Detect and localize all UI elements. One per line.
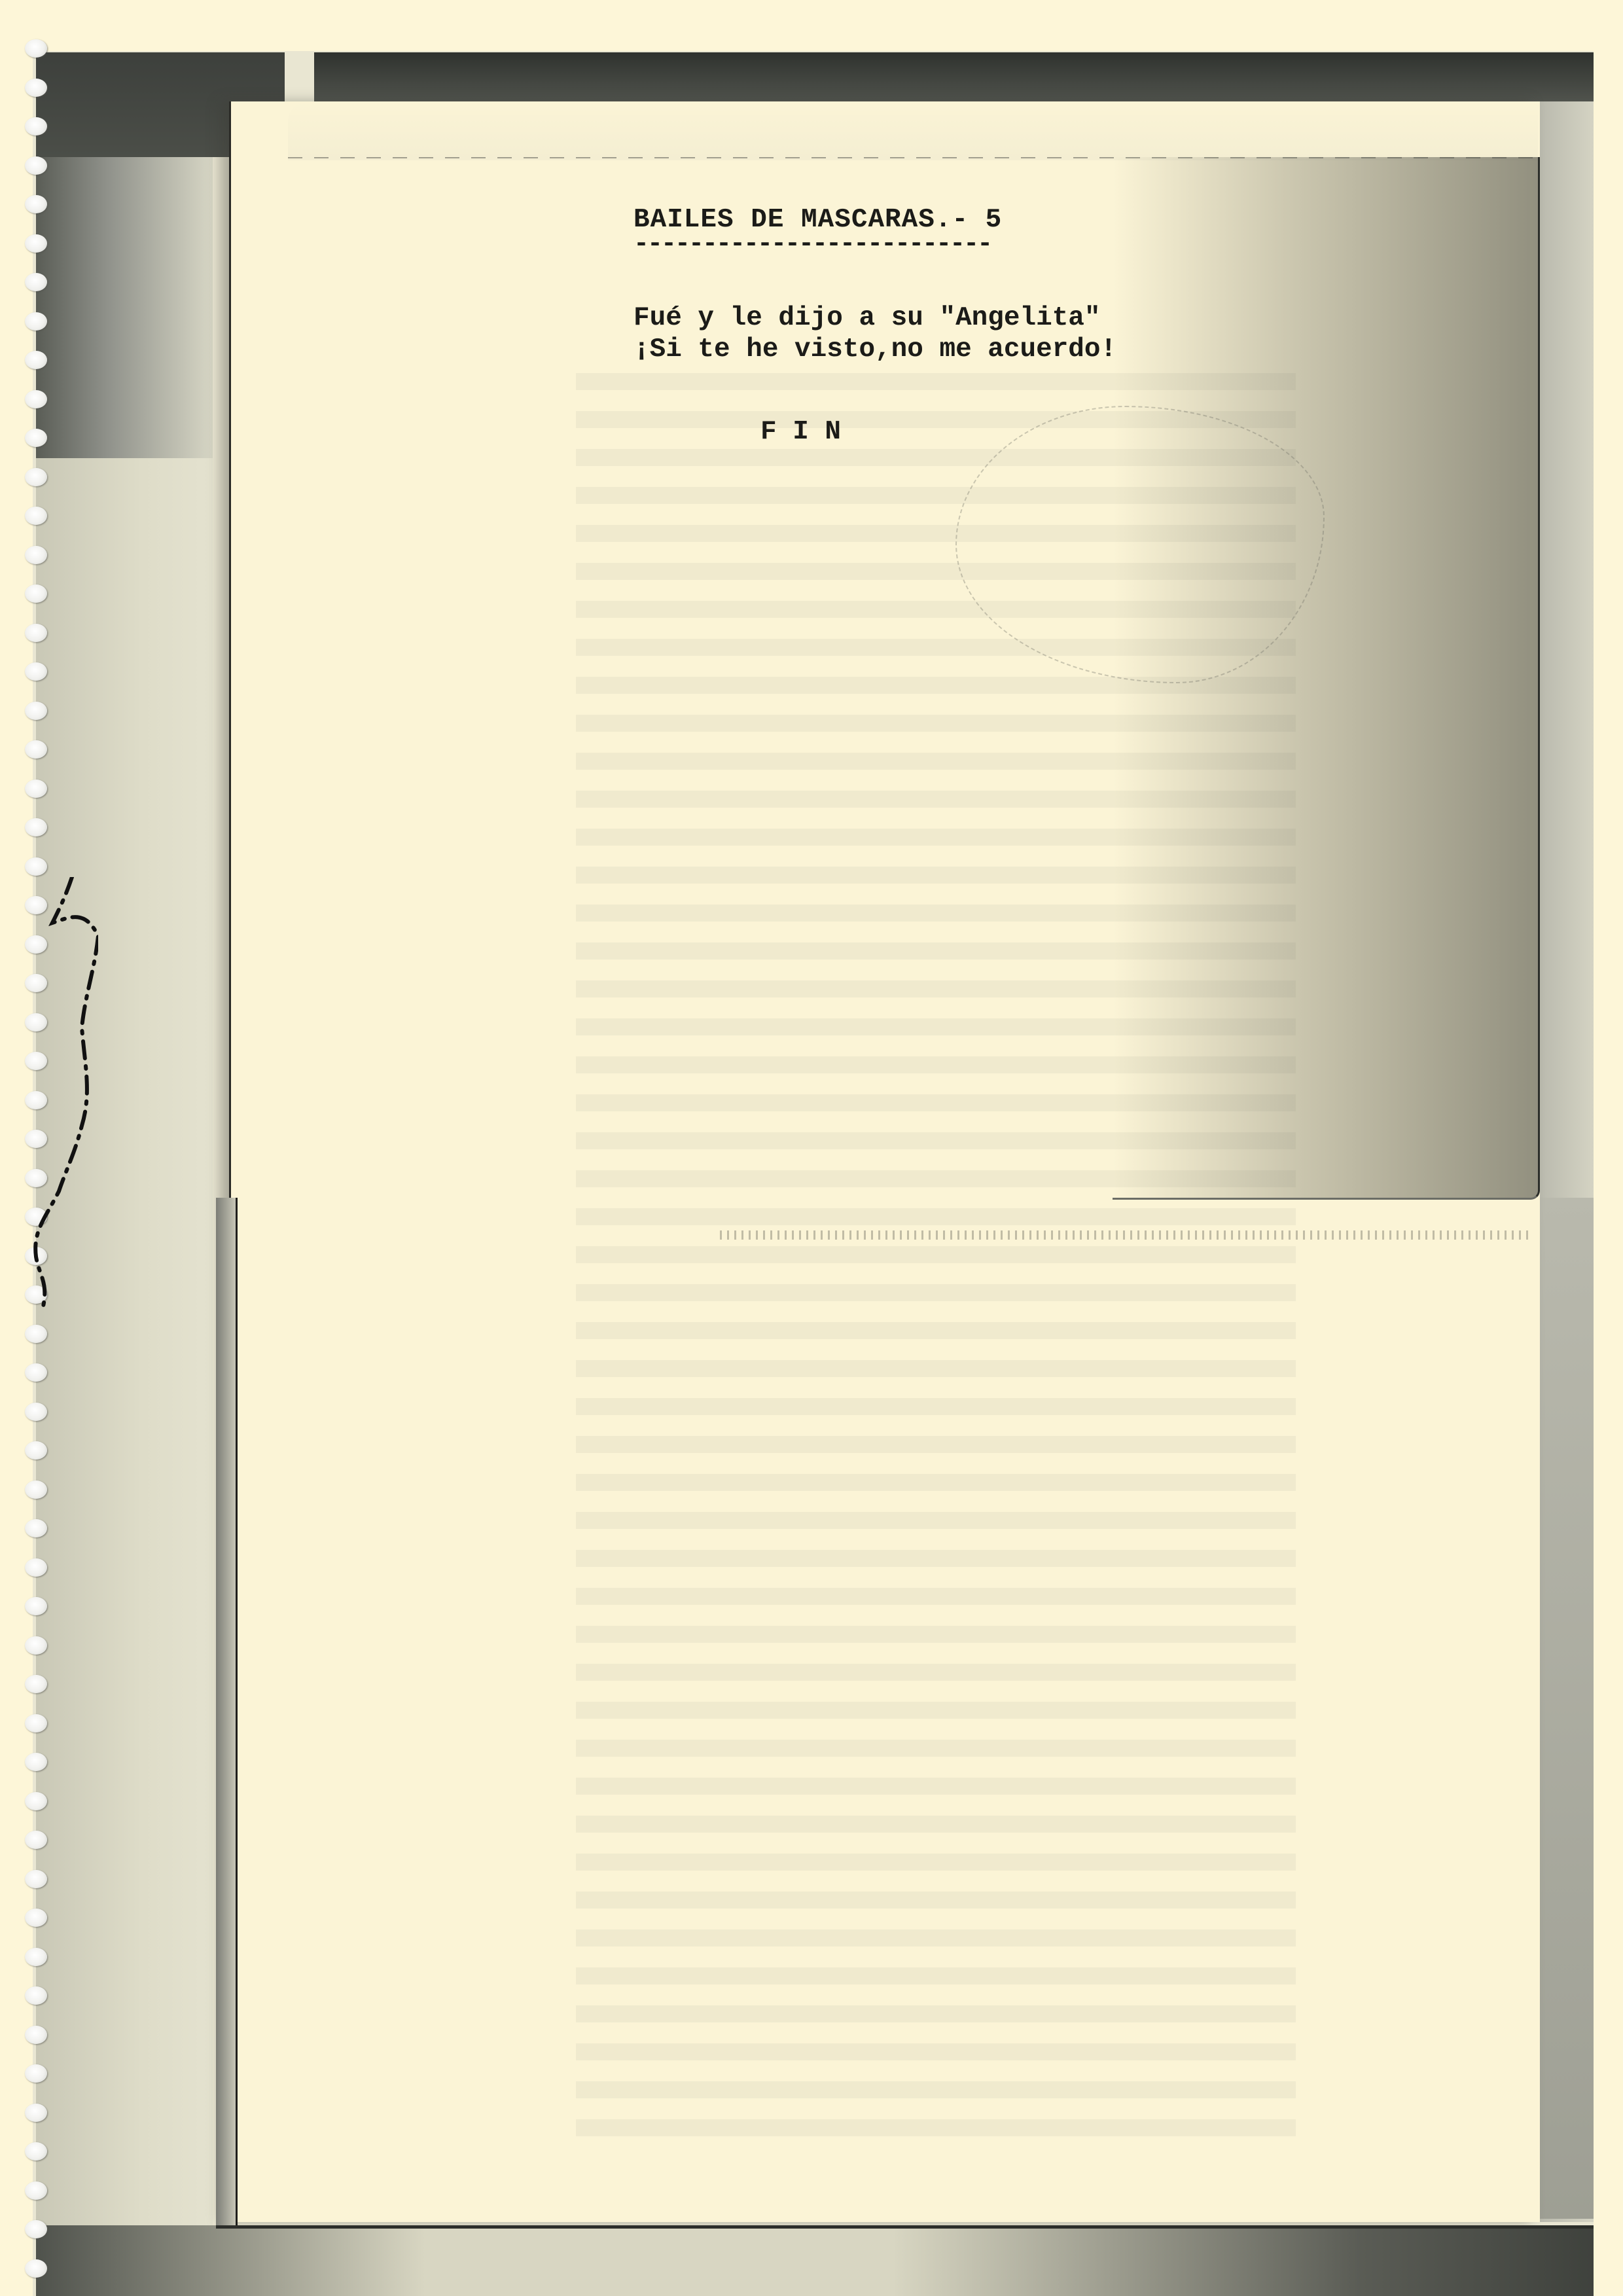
punch-hole: [25, 740, 47, 759]
punch-hole: [25, 584, 47, 603]
punch-hole: [25, 624, 47, 642]
punch-hole: [25, 117, 47, 135]
document-body: BAILES DE MASCARAS.- 5 -----------------…: [633, 204, 1353, 448]
punch-hole: [25, 39, 47, 58]
punch-hole: [25, 390, 47, 408]
punch-hole: [25, 234, 47, 253]
punch-hole: [25, 351, 47, 369]
punch-hole: [25, 1675, 47, 1693]
punch-hole: [25, 1636, 47, 1655]
verse-line: Fué y le dijo a su "Angelita": [633, 302, 1353, 334]
punch-hole: [25, 1714, 47, 1732]
right-lower-shadow: [1538, 1198, 1594, 2219]
punch-hole: [25, 1909, 47, 1927]
punch-hole: [25, 507, 47, 525]
punch-hole: [25, 1480, 47, 1499]
punch-hole: [25, 1792, 47, 1810]
title-underline: --------------------------: [633, 238, 1353, 251]
punch-hole: [25, 1986, 47, 2005]
punch-hole: [25, 2064, 47, 2083]
folded-top-edge: [288, 101, 1538, 160]
punch-hole: [25, 780, 47, 798]
punch-hole: [25, 79, 47, 97]
punch-hole: [25, 429, 47, 447]
punch-hole: [25, 2181, 47, 2200]
punch-hole: [25, 546, 47, 564]
punch-hole: [25, 857, 47, 876]
punch-hole: [25, 818, 47, 836]
closing-fin: F I N: [760, 416, 1353, 448]
punch-hole: [25, 1519, 47, 1537]
punch-hole: [25, 1441, 47, 1460]
punch-hole: [25, 195, 47, 213]
punch-hole: [25, 702, 47, 720]
punch-hole: [25, 662, 47, 681]
punch-hole: [25, 1948, 47, 1966]
left-underlying-sheet: [36, 458, 213, 2225]
margin-doodle-line: [20, 877, 98, 1309]
punch-hole: [25, 2104, 47, 2122]
punch-hole: [25, 2142, 47, 2161]
lower-sheet-edge: [216, 1198, 238, 2225]
punch-hole: [25, 1363, 47, 1382]
bottom-dark-band: [36, 2225, 1594, 2296]
punch-hole: [25, 1403, 47, 1421]
punch-hole: [25, 2259, 47, 2278]
verse-line: ¡Si te he visto,no me acuerdo!: [633, 334, 1353, 365]
punch-hole: [25, 468, 47, 486]
punch-hole: [25, 1831, 47, 1849]
verse-block: Fué y le dijo a su "Angelita" ¡Si te he …: [633, 302, 1353, 365]
punch-hole: [25, 1597, 47, 1615]
top-dark-band: [314, 52, 1594, 101]
punch-hole: [25, 1753, 47, 1771]
punch-hole: [25, 273, 47, 291]
bottom-edge-line: [216, 2225, 1594, 2229]
scanner-streak: [720, 1230, 1531, 1240]
punch-hole: [25, 2026, 47, 2044]
punch-hole: [25, 1325, 47, 1343]
punch-hole: [25, 2220, 47, 2238]
punch-hole: [25, 1870, 47, 1888]
punch-hole: [25, 156, 47, 175]
punch-hole: [25, 1558, 47, 1577]
punch-hole: [25, 312, 47, 331]
